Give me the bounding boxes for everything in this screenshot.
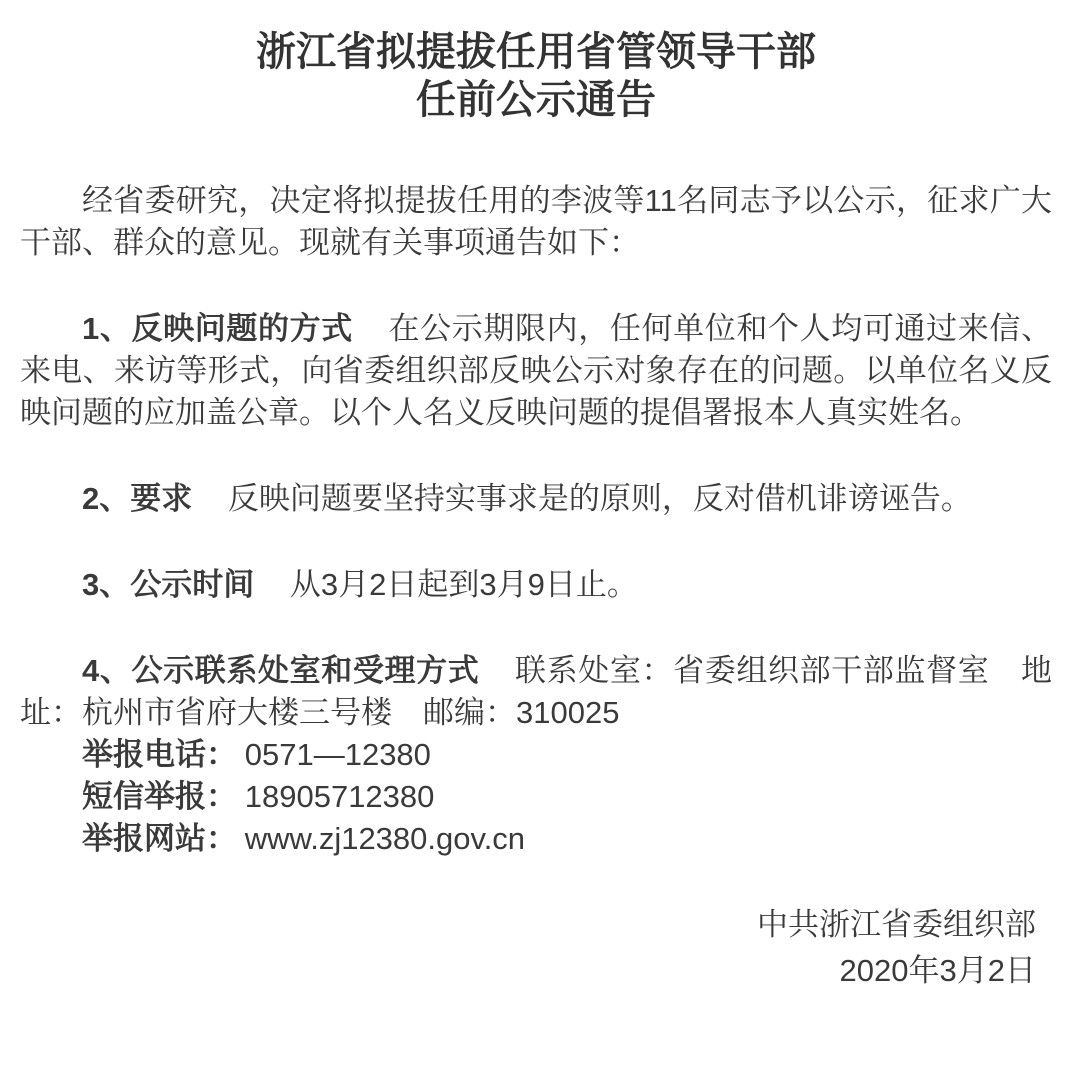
item-4-heading: 4、公示联系处室和受理方式 bbox=[82, 653, 479, 688]
page-title: 浙江省拟提拔任用省管领导干部 任前公示通告 bbox=[20, 28, 1052, 124]
signature-date: 2020年3月2日 bbox=[20, 948, 1036, 994]
item-3: 3、公示时间从3月2日起到3月9日止。 bbox=[20, 564, 1052, 606]
intro-text: 经省委研究，决定将拟提拔任用的李波等11名同志予以公示，征求广大干部、群众的意见… bbox=[20, 183, 1052, 260]
contact-website: 举报网站：www.zj12380.gov.cn bbox=[20, 818, 1052, 860]
item-1-heading: 1、反映问题的方式 bbox=[82, 311, 353, 346]
contact-phone-label: 举报电话： bbox=[82, 737, 237, 772]
contact-phone: 举报电话：0571—12380 bbox=[20, 734, 1052, 776]
signature-org: 中共浙江省委组织部 bbox=[20, 902, 1036, 948]
signature-block: 中共浙江省委组织部 2020年3月2日 bbox=[20, 902, 1052, 994]
title-line-2: 任前公示通告 bbox=[20, 76, 1052, 124]
contact-sms-value: 18905712380 bbox=[245, 779, 435, 814]
item-4: 4、公示联系处室和受理方式联系处室：省委组织部干部监督室 地址：杭州市省府大楼三… bbox=[20, 650, 1052, 734]
contact-sms: 短信举报：18905712380 bbox=[20, 776, 1052, 818]
item-2-heading: 2、要求 bbox=[82, 481, 192, 516]
item-3-text: 从3月2日起到3月9日止。 bbox=[290, 567, 638, 602]
notice-document: 浙江省拟提拔任用省管领导干部 任前公示通告 经省委研究，决定将拟提拔任用的李波等… bbox=[0, 0, 1080, 1091]
contact-sms-label: 短信举报： bbox=[82, 779, 237, 814]
contact-website-label: 举报网站： bbox=[82, 821, 237, 856]
item-2-text: 反映问题要坚持实事求是的原则，反对借机诽谤诬告。 bbox=[228, 481, 972, 516]
item-2: 2、要求反映问题要坚持实事求是的原则，反对借机诽谤诬告。 bbox=[20, 478, 1052, 520]
item-3-heading: 3、公示时间 bbox=[82, 567, 254, 602]
item-1: 1、反映问题的方式在公示期限内，任何单位和个人均可通过来信、来电、来访等形式，向… bbox=[20, 308, 1052, 434]
contact-website-value: www.zj12380.gov.cn bbox=[245, 821, 525, 856]
intro-paragraph: 经省委研究，决定将拟提拔任用的李波等11名同志予以公示，征求广大干部、群众的意见… bbox=[20, 180, 1052, 264]
contact-phone-value: 0571—12380 bbox=[245, 737, 431, 772]
title-line-1: 浙江省拟提拔任用省管领导干部 bbox=[20, 28, 1052, 76]
